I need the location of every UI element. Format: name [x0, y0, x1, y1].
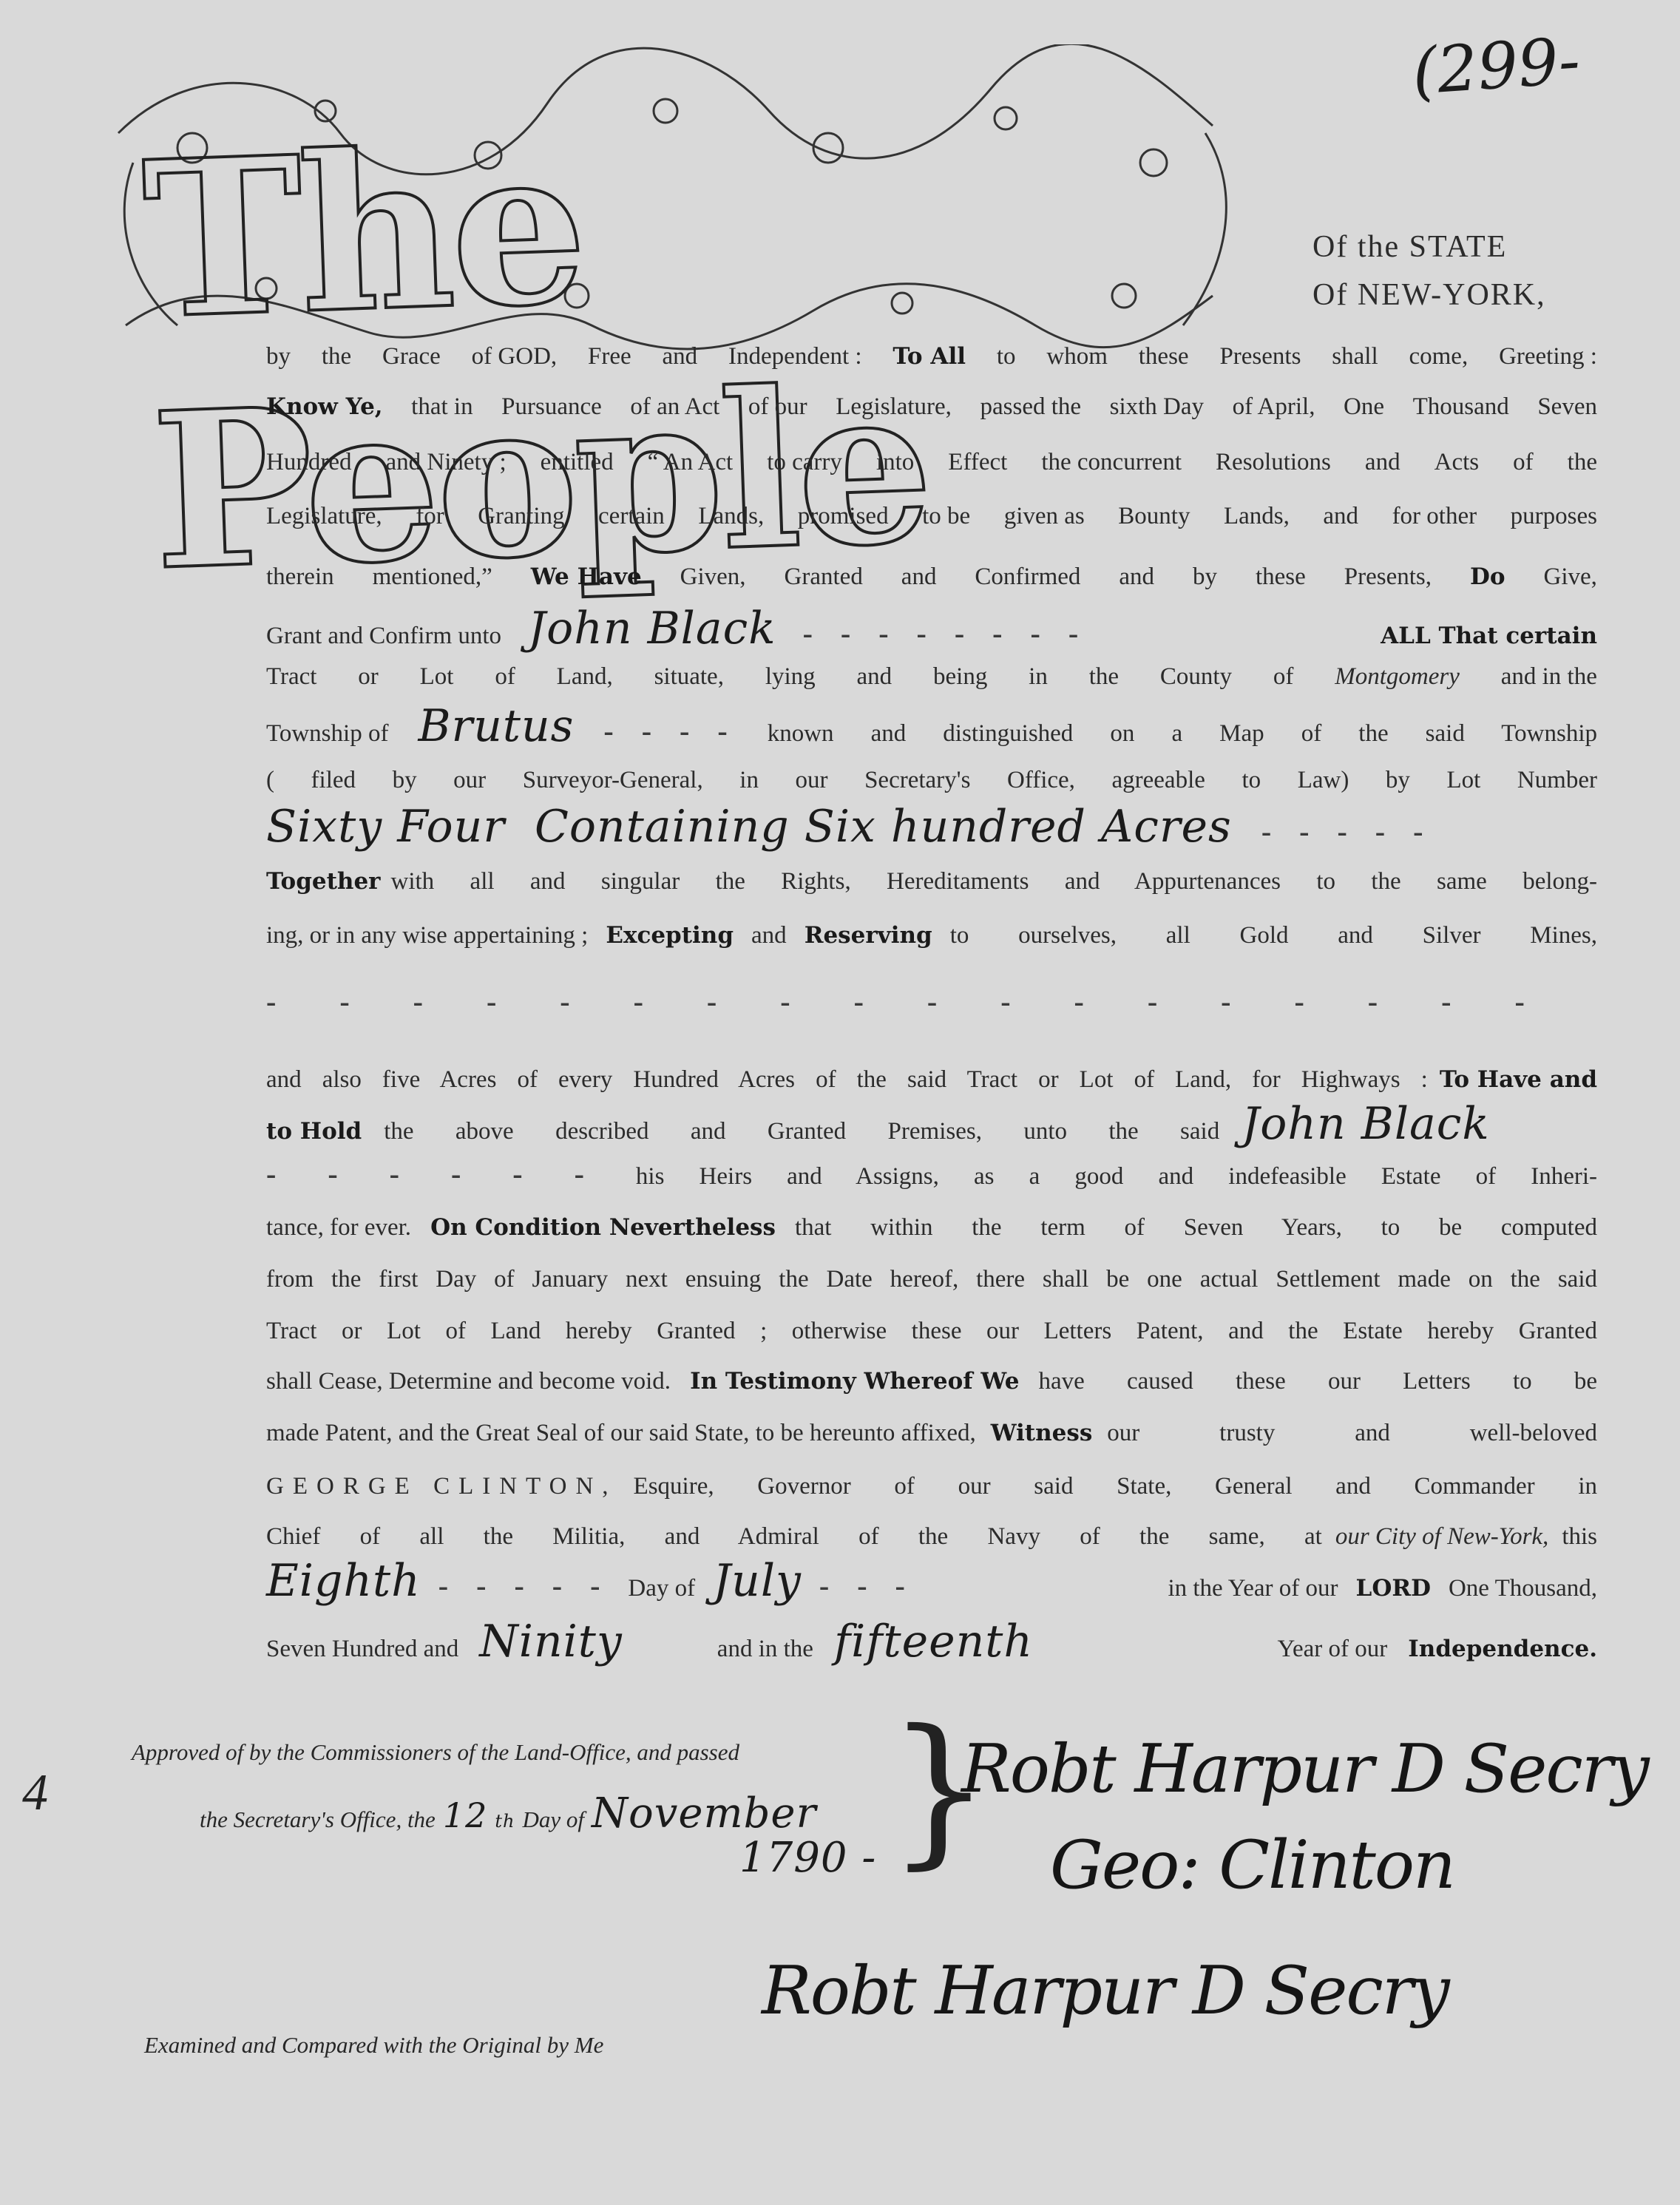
blackletter-phrase: Excepting [606, 921, 734, 950]
heirs-line: - - - - - - his Heirs and Assigns, as a … [266, 1159, 1597, 1191]
condition-line: tance, for ever. On Condition Neverthele… [266, 1213, 1597, 1242]
word: Legislature, [836, 392, 952, 421]
word: One Thousand, [1449, 1574, 1597, 1603]
township-suffix: known and distinguished on a Map of the … [768, 719, 1597, 748]
blackletter-phrase: to Hold [266, 1117, 362, 1146]
together-text: with all and singular the Rights, Heredi… [391, 867, 1597, 896]
body-line-4: Legislature, for Granting certain Lands,… [266, 501, 1597, 531]
word: Free [588, 342, 631, 371]
word: and [857, 662, 892, 691]
all-that-certain: ALL That certain [1381, 621, 1597, 651]
word: Confirmed [975, 562, 1080, 592]
excepting-line: ing, or in any wise appertaining ; Excep… [266, 921, 1597, 950]
blackletter-phrase: Know Ye, [266, 392, 383, 421]
testimony-line: shall Cease, Determine and become void. … [266, 1366, 1597, 1396]
word: mentioned,” [373, 562, 492, 592]
word: given as [1004, 501, 1085, 531]
day-handwritten: Eighth [266, 1566, 421, 1596]
word: to [997, 342, 1016, 371]
word: come, [1409, 342, 1468, 371]
blackletter-phrase: In Testimony Whereof We [690, 1366, 1019, 1396]
word: Granted [785, 562, 863, 592]
word: and [1365, 447, 1400, 477]
word: and [663, 342, 698, 371]
governor-signature: Geo: Clinton [1050, 1826, 1454, 1904]
township-line: Township of Brutus - - - - known and dis… [266, 711, 1597, 748]
approval-day-handwritten: 12 [443, 1795, 488, 1835]
filed-line: ( filed by our Surveyor-General, in our … [266, 765, 1597, 795]
word: certain [598, 501, 665, 531]
word: by [266, 342, 291, 371]
chief-text: Chief of all the Militia, and Admiral of… [266, 1522, 1322, 1551]
independence-year-handwritten: fifteenth [834, 1627, 1033, 1656]
grantee-handwritten: John Black [528, 614, 776, 643]
chief-line: Chief of all the Militia, and Admiral of… [266, 1522, 1597, 1551]
word: this [1562, 1522, 1597, 1551]
word: of [1273, 662, 1294, 691]
word: and in the [717, 1634, 813, 1664]
word: Independent : [728, 342, 862, 371]
word: Thousand [1413, 392, 1509, 421]
approval-line-2: the Secretary's Office, the 12 th Day of… [200, 1789, 816, 1837]
highways-text: and also five Acres of every Hundred Acr… [266, 1065, 1428, 1094]
heirs-text: his Heirs and Assigns, as a good and ind… [636, 1162, 1597, 1191]
word: of [1513, 447, 1534, 477]
premises-text: the above described and Granted Premises… [384, 1117, 1219, 1146]
word: to carry [767, 447, 842, 477]
all-that-text: ALL That certain [1381, 623, 1597, 649]
lot-number-handwritten: Sixty Four [266, 812, 505, 841]
city-name: our City of New-York, [1335, 1522, 1548, 1551]
word: Presents, [1344, 562, 1432, 592]
lot-line: Sixty Four Containing Six hundred Acres … [266, 812, 1597, 847]
long-dash-line: - - - - - - - - - - - - - - - - - - [266, 987, 1597, 1017]
state-line-1: Of the STATE [1312, 229, 1507, 265]
word: Lands, [1224, 501, 1290, 531]
word: Land, [557, 662, 613, 691]
township-prefix: Township of [266, 719, 388, 748]
word: Give, [1544, 562, 1597, 592]
word: shall [1332, 342, 1378, 371]
blackletter-phrase: We Have [531, 562, 642, 592]
body-line-3: Hundred and Ninety ; entitled “ An Act t… [266, 447, 1597, 477]
approval-year-handwritten: 1790 - [739, 1834, 876, 1882]
word: and Ninety ; [386, 447, 507, 477]
word: Granting [478, 501, 564, 531]
date-line: Eighth - - - - - Day of July - - - in th… [266, 1566, 1597, 1603]
patent-line: made Patent, and the Great Seal of our s… [266, 1418, 1597, 1448]
fill-dashes: - - - - - [1261, 817, 1434, 847]
word: the concurrent [1041, 447, 1182, 477]
word: Hundred [266, 447, 351, 477]
governor-name: GEORGE CLINTON, [266, 1471, 617, 1501]
word: into [876, 447, 914, 477]
approval-line-1: Approved of by the Commissioners of the … [132, 1739, 739, 1766]
word: Pursuance [501, 392, 602, 421]
word: for [416, 501, 444, 531]
word: that in [411, 392, 472, 421]
word: the Secretary's Office, the [200, 1806, 436, 1833]
secretary-signature: Robt Harpur D Secry [961, 1730, 1648, 1808]
condition-text: that within the term of Seven Years, to … [795, 1213, 1597, 1242]
month-handwritten: July [713, 1566, 802, 1596]
word: Tract [266, 662, 316, 691]
word: Lands, [698, 501, 764, 531]
testimony-text: have caused these our Letters to be [1038, 1366, 1597, 1396]
together-line: Together with all and singular the Right… [266, 867, 1597, 896]
word: the [322, 342, 351, 371]
word: Acts [1435, 447, 1480, 477]
word: Seven [1537, 392, 1597, 421]
fill-dashes: - - - - - - - - - - - - - - - - - - [266, 987, 1553, 1017]
year-handwritten: Ninity [479, 1627, 623, 1656]
word: being [933, 662, 987, 691]
word: tance, for ever. [266, 1213, 411, 1242]
word: of our [748, 392, 807, 421]
word: Presents [1219, 342, 1301, 371]
fill-dashes: - - - - - - [266, 1159, 606, 1189]
day-suffix: th [495, 1811, 515, 1832]
acreage-handwritten: Containing Six hundred Acres [535, 812, 1232, 841]
word: made Patent, and the Great Seal of our s… [266, 1418, 976, 1448]
grant-prefix: Grant and Confirm unto [266, 621, 501, 651]
blackletter-phrase: LORD [1356, 1574, 1431, 1603]
fill-dashes: - - - - - [438, 1571, 611, 1601]
word: these [1256, 562, 1306, 592]
page-number: (299- [1410, 24, 1582, 109]
tract-granted-line: Tract or Lot of Land hereby Granted ; ot… [266, 1316, 1597, 1346]
word: ing, or in any wise appertaining ; [266, 921, 588, 950]
word: situate, [654, 662, 724, 691]
word: and in the [1501, 662, 1597, 691]
blackletter-phrase: Together [266, 867, 381, 896]
word: the [1568, 447, 1597, 477]
word: One [1344, 392, 1384, 421]
word: Year of our [1054, 1634, 1387, 1664]
blackletter-phrase: Independence. [1408, 1634, 1597, 1664]
word: our trusty and well-beloved [1107, 1418, 1597, 1448]
ornamental-title-banner: The People [104, 44, 1257, 355]
word: of [495, 662, 515, 691]
word: sixth Day [1110, 392, 1204, 421]
premises-line: to Hold the above described and Granted … [266, 1109, 1597, 1146]
body-line-5: therein mentioned,” We Have Given, Grant… [266, 562, 1597, 592]
word: and [901, 562, 937, 592]
township-handwritten: Brutus [418, 711, 574, 741]
examined-signature: Robt Harpur D Secry [762, 1952, 1449, 2030]
word: Effect [948, 447, 1007, 477]
word: purposes [1511, 501, 1597, 531]
blackletter-phrase: Reserving [805, 921, 932, 950]
governor-line: GEORGE CLINTON, Esquire, Governor of our… [266, 1471, 1597, 1501]
word: therein [266, 562, 334, 592]
blackletter-phrase: To Have and [1440, 1065, 1597, 1094]
word: for other [1392, 501, 1477, 531]
word: Seven Hundred and [266, 1634, 458, 1664]
fill-dashes: - - - - - - - - [803, 619, 1089, 648]
word: of GOD, [472, 342, 557, 371]
word: passed the [980, 392, 1082, 421]
word: and [1323, 501, 1358, 531]
word: to ourselves, all Gold and Silver Mines, [950, 921, 1597, 950]
blackletter-phrase: Witness [991, 1418, 1093, 1448]
word: and [751, 921, 787, 950]
word: entitled [541, 447, 614, 477]
word: Greeting : [1499, 342, 1597, 371]
word: Bounty [1118, 501, 1190, 531]
word: County [1160, 662, 1232, 691]
fill-dashes: - - - [819, 1571, 915, 1601]
word: Legislature, [266, 501, 382, 531]
word: shall Cease, Determine and become void. [266, 1366, 671, 1396]
state-line-2: Of NEW-YORK, [1312, 277, 1546, 313]
word: to be [922, 501, 970, 531]
word: and [1119, 562, 1154, 592]
county-name: Montgomery [1335, 662, 1460, 691]
examined-label: Examined and Compared with the Original … [144, 2032, 603, 2059]
blackletter-phrase: Do [1470, 562, 1505, 592]
tract-line: Tract or Lot of Land, situate, lying and… [266, 662, 1597, 691]
word: “ An Act [648, 447, 733, 477]
approval-month-handwritten: November [592, 1789, 816, 1837]
word: whom [1046, 342, 1108, 371]
word: Given, [680, 562, 746, 592]
word: Lot [420, 662, 454, 691]
word: lying [765, 662, 816, 691]
word: of April, [1233, 392, 1315, 421]
governor-text: Esquire, Governor of our said State, Gen… [634, 1471, 1597, 1501]
grant-line: Grant and Confirm unto John Black - - - … [266, 614, 1597, 651]
body-line-1: by the Grace of GOD, Free and Independen… [266, 342, 1597, 371]
word: Grace [382, 342, 441, 371]
word: by [1193, 562, 1217, 592]
word: Resolutions [1216, 447, 1331, 477]
from-line: from the first Day of January next ensui… [266, 1264, 1597, 1294]
fill-dashes: - - - - [603, 717, 737, 746]
word: Day of [628, 1574, 695, 1603]
grantee-repeat-handwritten: John Black [1242, 1109, 1490, 1139]
word: Day of [522, 1806, 584, 1833]
body-line-2: Know Ye, that in Pursuance of an Act of … [266, 392, 1597, 421]
margin-mark: 4 [22, 1764, 48, 1823]
blackletter-phrase: On Condition Nevertheless [430, 1213, 776, 1242]
highways-line: and also five Acres of every Hundred Acr… [266, 1065, 1597, 1094]
year-line: Seven Hundred and Ninity and in the fift… [266, 1627, 1597, 1664]
word: in [1029, 662, 1048, 691]
word: promised [798, 501, 889, 531]
word: these [1139, 342, 1189, 371]
word: in the Year of our [933, 1574, 1338, 1603]
blackletter-phrase: To All [892, 342, 966, 371]
word: or [358, 662, 379, 691]
word: the [1089, 662, 1119, 691]
word: of an Act [630, 392, 719, 421]
